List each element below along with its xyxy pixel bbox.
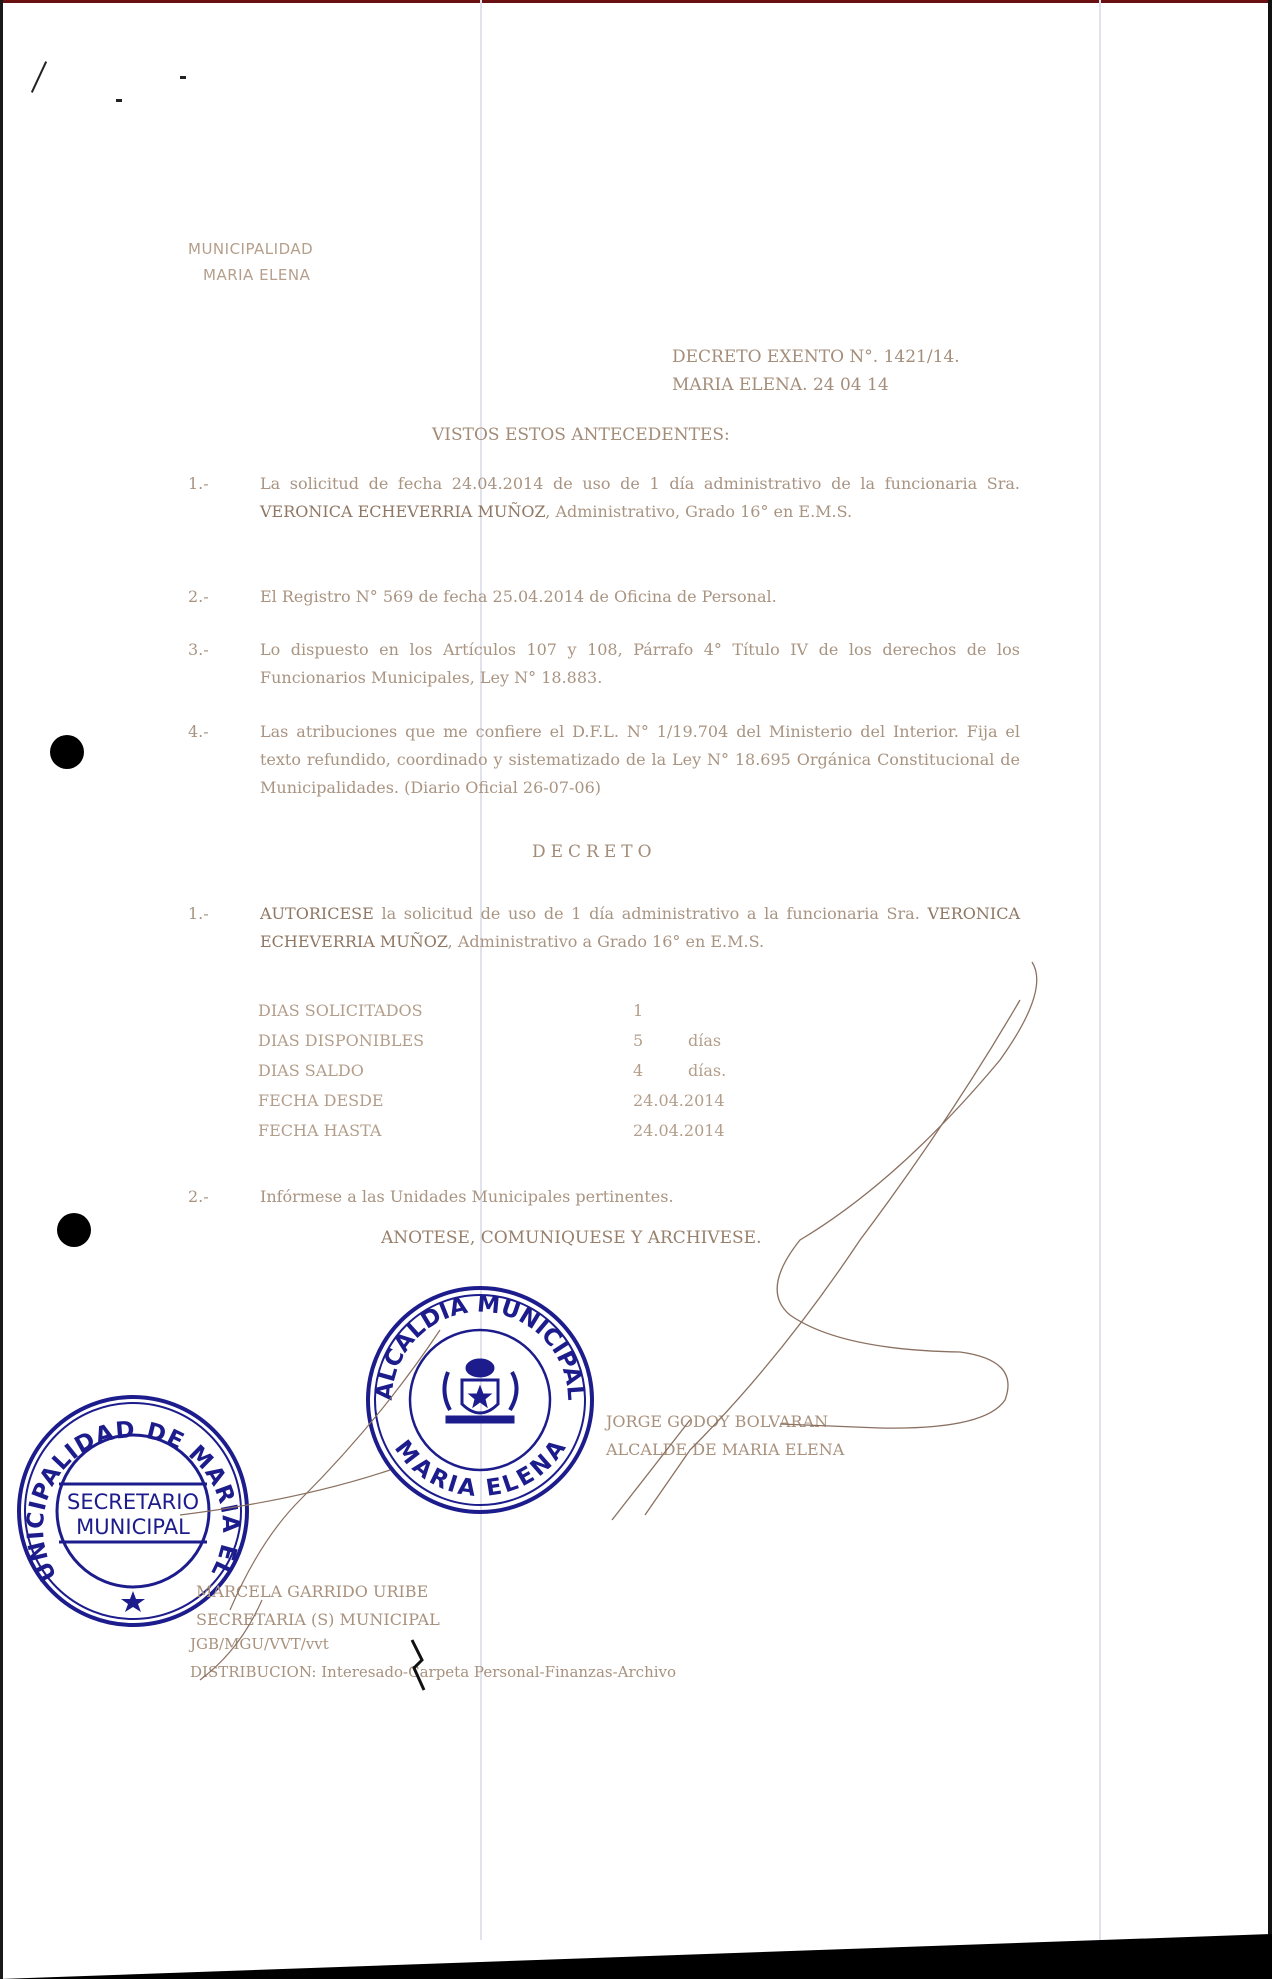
days-value: 24.04.2014 [633,1116,688,1146]
item-number: 2.- [188,1183,209,1211]
org-city: MARIA ELENA [188,262,313,288]
svg-text:I. MUNICIPALIDAD DE MARIA ELEN: I. MUNICIPALIDAD DE MARIA ELENA [14,1392,243,1585]
alcaldia-stamp: ALCALDIA MUNICIPAL MARIA ELENA [362,1282,598,1518]
authorize-keyword: AUTORICESE [260,904,374,923]
days-row: DIAS SOLICITADOS 1 [258,996,726,1026]
closing-formula: ANOTESE, COMUNIQUESE Y ARCHIVESE. [381,1228,762,1248]
stamp-ring-text: I. MUNICIPALIDAD DE MARIA ELENA [14,1392,243,1585]
days-row: DIAS SALDO 4 días. [258,1056,726,1086]
days-row: FECHA DESDE 24.04.2014 [258,1086,726,1116]
org-name: MUNICIPALIDAD [188,236,313,262]
mayor-title: ALCALDE DE MARIA ELENA [606,1436,844,1464]
days-label: DIAS DISPONIBLES [258,1026,633,1056]
days-row: FECHA HASTA 24.04.2014 [258,1116,726,1146]
mayor-name: JORGE GODOY BOLVARAN [606,1408,844,1436]
days-unit: días. [688,1056,726,1086]
item-number: 4.- [188,718,209,746]
days-label: FECHA DESDE [258,1086,633,1116]
punch-hole [50,735,84,769]
days-label: DIAS SOLICITADOS [258,996,633,1026]
vistos-item: 3.- Lo dispuesto en los Artículos 107 y … [188,636,1020,692]
item-number: 3.- [188,636,209,664]
coat-of-arms-icon [444,1359,516,1423]
days-value: 4 [633,1056,688,1086]
item-text-part: la solicitud de uso de 1 día administrat… [374,904,928,923]
distribution-line: DISTRIBUCION: Interesado-Carpeta Persona… [190,1658,676,1686]
stamp-center-line2: MUNICIPAL [76,1515,190,1539]
secretary-name: MARCELA GARRIDO URIBE [196,1578,440,1606]
decreto-title: DECRETO [532,842,657,862]
vistos-item: 4.- Las atribuciones que me confiere el … [188,718,1020,802]
municipality-header: MUNICIPALIDAD MARIA ELENA [188,236,313,288]
decreto-item: 2.- Infórmese a las Unidades Municipales… [188,1183,1020,1211]
item-text: AUTORICESE la solicitud de uso de 1 día … [260,900,1020,956]
days-value: 1 [633,996,688,1026]
days-label: FECHA HASTA [258,1116,633,1146]
days-table: DIAS SOLICITADOS 1 DIAS DISPONIBLES 5 dí… [258,996,726,1146]
days-value: 24.04.2014 [633,1086,688,1116]
mayor-signature-block: JORGE GODOY BOLVARAN ALCALDE DE MARIA EL… [606,1408,844,1464]
corner-mark [31,61,47,93]
scan-top-edge [0,0,1272,3]
star-icon [121,1591,145,1612]
item-text-part: , Administrativo a Grado 16° en E.M.S. [448,932,764,951]
days-row: DIAS DISPONIBLES 5 días [258,1026,726,1056]
scan-right-edge [1268,0,1272,1979]
item-text: Infórmese a las Unidades Municipales per… [260,1183,1020,1211]
vistos-item: 2.- El Registro N° 569 de fecha 25.04.20… [188,583,1020,611]
vistos-item: 1.- La solicitud de fecha 24.04.2014 de … [188,470,1020,526]
corner-mark [180,76,186,79]
days-unit: días [688,1026,721,1056]
initials-line: JGB/MGU/VVT/vvt [190,1630,676,1658]
employee-name: VERONICA ECHEVERRIA MUÑOZ [260,502,545,521]
secretary-signature-block: MARCELA GARRIDO URIBE SECRETARIA (S) MUN… [196,1578,440,1634]
vistos-title: VISTOS ESTOS ANTECEDENTES: [432,425,730,445]
scan-bottom-shadow [0,1934,1272,1979]
days-label: DIAS SALDO [258,1056,633,1086]
item-text-part: , Administrativo, Grado 16° en E.M.S. [545,502,852,521]
item-text: La solicitud de fecha 24.04.2014 de uso … [260,470,1020,526]
stamp-center-line1: SECRETARIO [67,1490,199,1514]
item-text: El Registro N° 569 de fecha 25.04.2014 d… [260,583,1020,611]
fold-line [1099,0,1101,1940]
item-text: Las atribuciones que me confiere el D.F.… [260,718,1020,802]
item-number: 1.- [188,900,209,928]
punch-hole [57,1213,91,1247]
decreto-item: 1.- AUTORICESE la solicitud de uso de 1 … [188,900,1020,956]
scan-left-edge [0,0,3,1979]
days-value: 5 [633,1026,688,1056]
decree-place-date: MARIA ELENA. 24 04 14 [672,371,960,399]
item-text: Lo dispuesto en los Artículos 107 y 108,… [260,636,1020,692]
item-text-part: La solicitud de fecha 24.04.2014 de uso … [260,474,1020,493]
item-number: 1.- [188,470,209,498]
decree-reference: DECRETO EXENTO N°. 1421/14. MARIA ELENA.… [672,343,960,399]
decree-number: DECRETO EXENTO N°. 1421/14. [672,343,960,371]
corner-mark [116,99,122,102]
references: JGB/MGU/VVT/vvt DISTRIBUCION: Interesado… [190,1630,676,1686]
item-number: 2.- [188,583,209,611]
